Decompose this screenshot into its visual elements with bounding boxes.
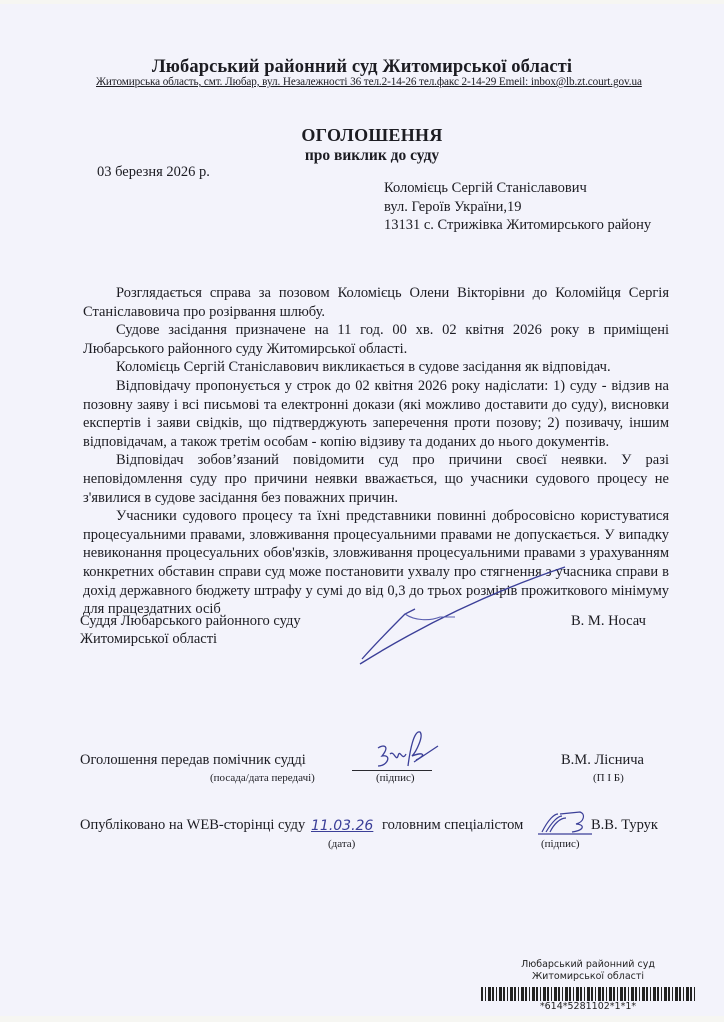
judge-signature-icon	[360, 559, 570, 669]
court-address-line: Житомирська область, смт. Любар, вул. Не…	[96, 76, 642, 88]
barcode-number: *614*5281102*1*1*	[481, 1001, 695, 1012]
barcode-icon	[481, 987, 695, 1001]
transfer-label: Оголошення передав помічник судді	[80, 752, 306, 769]
publication-date-handwritten: 11.03.26	[311, 818, 373, 834]
body-paragraph-absence: Відповідач зобов’язаний повідомити суд п…	[83, 451, 669, 507]
publication-specialist-name: В.В. Турук	[591, 817, 658, 834]
publication-signature-caption: (підпис)	[541, 838, 580, 850]
recipient-name: Коломієць Сергій Станіславович	[384, 180, 587, 197]
recipient-city: 13131 с. Стрижівка Житомирського району	[384, 217, 651, 234]
publication-label: Опубліковано на WEB-сторінці суду	[80, 817, 305, 834]
stamp-court-line1: Любарський районний суд	[481, 959, 695, 970]
document-title: ОГОЛОШЕННЯ	[0, 125, 724, 146]
document-date: 03 березня 2026 р.	[97, 164, 210, 181]
assistant-signature-icon	[372, 726, 442, 774]
transfer-name-caption: (П І Б)	[593, 772, 624, 784]
specialist-signature-icon	[536, 810, 592, 838]
publication-date-caption: (дата)	[328, 838, 355, 850]
recipient-street: вул. Героїв України,19	[384, 199, 522, 216]
transfer-label-caption: (посада/дата передачі)	[210, 772, 315, 784]
document-page: Любарський районний суд Житомирської обл…	[0, 4, 724, 1016]
transfer-name: В.М. Ліснича	[561, 752, 644, 769]
body-paragraph-hearing: Судове засідання призначене на 11 год. 0…	[83, 321, 669, 358]
court-name-heading: Любарський районний суд Житомирської обл…	[0, 57, 724, 78]
body-paragraph-summons: Коломієць Сергій Станіславович викликаєт…	[83, 358, 669, 377]
judge-position-line1: Суддя Любарського районного суду	[80, 613, 301, 630]
document-subtitle: про виклик до суду	[0, 147, 724, 165]
body-paragraph-response: Відповідачу пропонується у строк до 02 к…	[83, 377, 669, 451]
stamp-court-line2: Житомирської області	[481, 971, 695, 982]
publication-by-label: головним спеціалістом	[382, 817, 523, 834]
judge-name: В. М. Носач	[571, 613, 646, 630]
body-paragraph-case: Розглядається справа за позовом Коломієц…	[83, 284, 669, 321]
judge-position-line2: Житомирської області	[80, 631, 217, 648]
